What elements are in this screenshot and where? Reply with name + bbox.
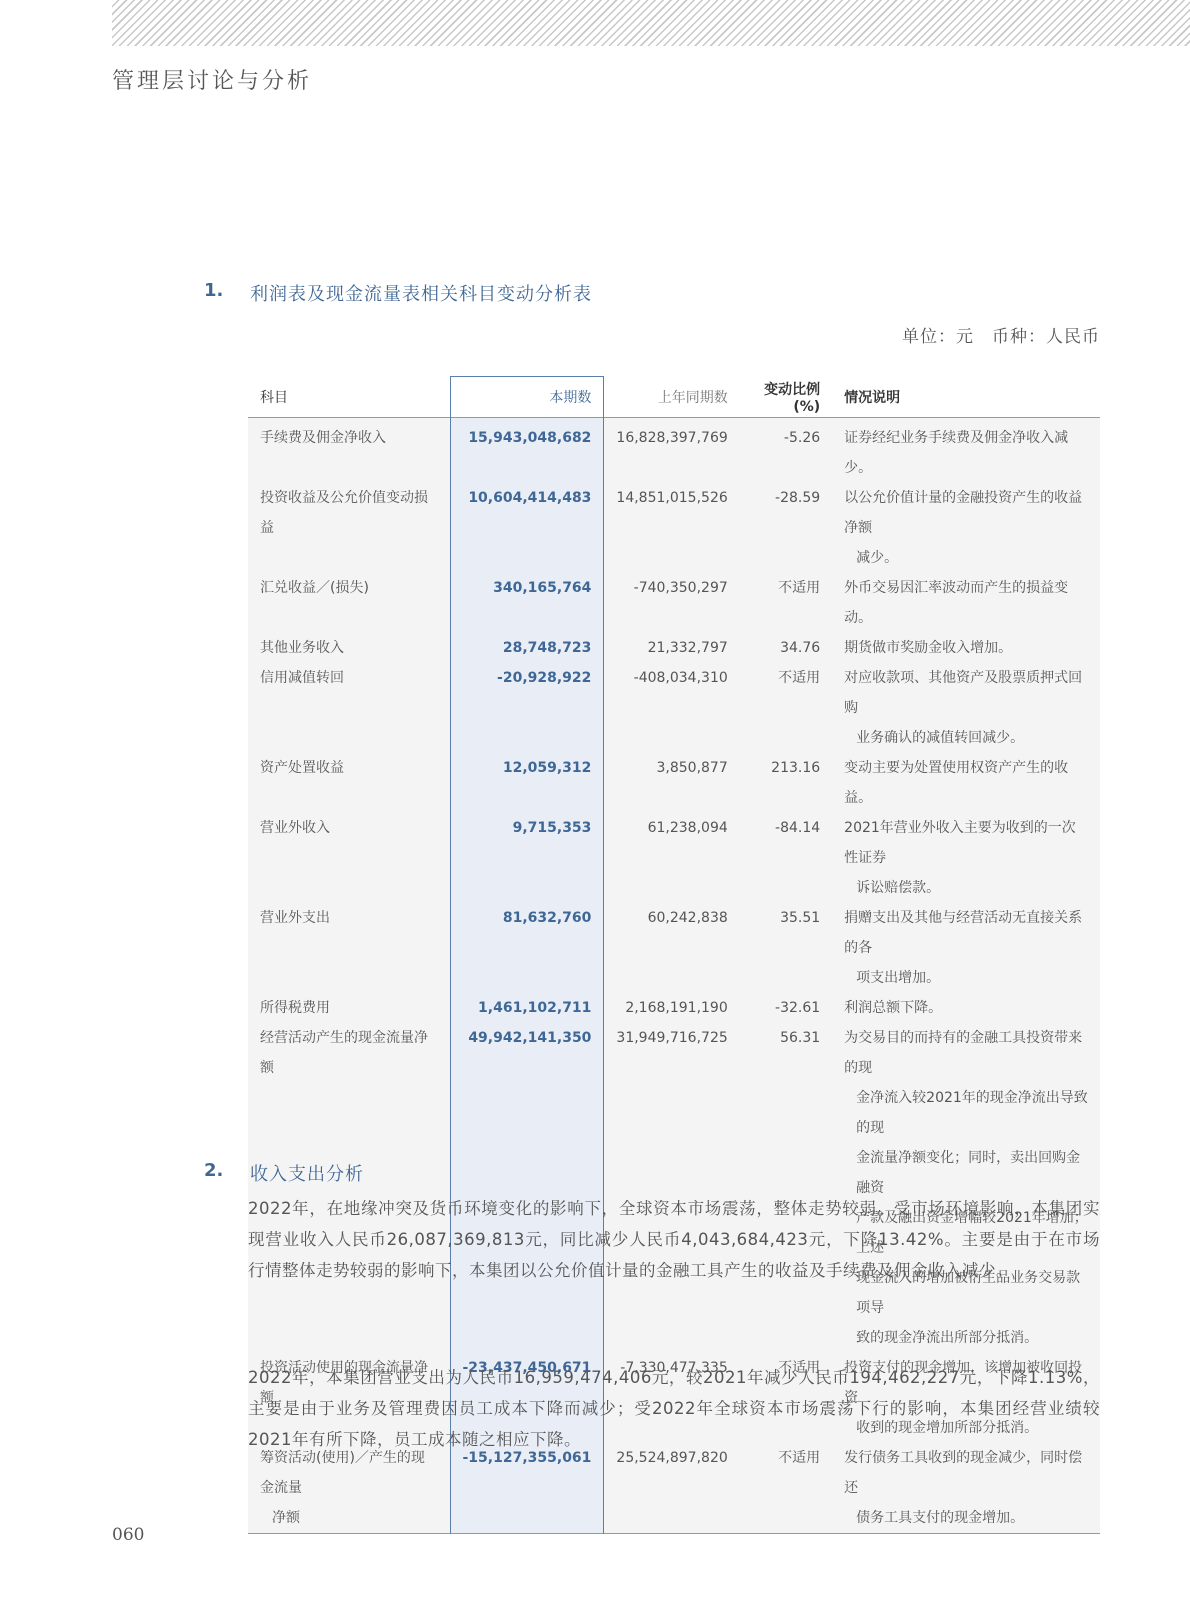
row-note: 证券经纪业务手续费及佣金净收入减少。: [832, 418, 1100, 484]
row-item: 筹资活动(使用)／产生的现金流量净额: [248, 1443, 450, 1534]
row-prior: 21,332,797: [604, 633, 740, 663]
row-current: 81,632,760: [450, 903, 604, 993]
table-row: 营业外支出81,632,76060,242,83835.51捐赠支出及其他与经营…: [248, 903, 1100, 993]
table-row: 投资收益及公允价值变动损益10,604,414,48314,851,015,52…: [248, 483, 1100, 573]
row-note: 变动主要为处置使用权资产产生的收益。: [832, 753, 1100, 813]
row-note-line: 以公允价值计量的金融投资产生的收益净额: [844, 483, 1088, 543]
row-prior: 3,850,877: [604, 753, 740, 813]
change-analysis-table: 科目 本期数 上年同期数 变动比例(%) 情况说明 手续费及佣金净收入15,94…: [248, 376, 1100, 1534]
row-change: 不适用: [740, 663, 832, 753]
row-note-line: 捐赠支出及其他与经营活动无直接关系的各: [844, 903, 1088, 963]
row-note-line: 利润总额下降。: [844, 993, 1088, 1023]
row-note: 发行债务工具收到的现金减少，同时偿还债务工具支付的现金增加。: [832, 1443, 1100, 1534]
section2-title: 收入支出分析: [250, 1160, 364, 1186]
paragraph-revenue: 2022年，在地缘冲突及货币环境变化的影响下，全球资本市场震荡，整体走势较弱。受…: [248, 1193, 1100, 1286]
table-row: 所得税费用1,461,102,7112,168,191,190-32.61利润总…: [248, 993, 1100, 1023]
col-prior: 上年同期数: [604, 377, 740, 418]
row-note-line: 为交易目的而持有的金融工具投资带来的现: [844, 1023, 1088, 1083]
header-hatch-band: [112, 0, 1190, 46]
row-current: -15,127,355,061: [450, 1443, 604, 1534]
table-row: 汇兑收益／(损失)340,165,764-740,350,297不适用外币交易因…: [248, 573, 1100, 633]
row-item: 其他业务收入: [248, 633, 450, 663]
row-note-line: 项支出增加。: [844, 963, 1088, 993]
row-prior: 61,238,094: [604, 813, 740, 903]
row-note-line: 变动主要为处置使用权资产产生的收益。: [844, 753, 1088, 813]
row-note: 2021年营业外收入主要为收到的一次性证券诉讼赔偿款。: [832, 813, 1100, 903]
row-current: 12,059,312: [450, 753, 604, 813]
row-note-line: 致的现金净流出所部分抵消。: [844, 1323, 1088, 1353]
table-row: 其他业务收入28,748,72321,332,79734.76期货做市奖励金收入…: [248, 633, 1100, 663]
col-change: 变动比例(%): [740, 377, 832, 418]
row-change: 34.76: [740, 633, 832, 663]
table-row: 筹资活动(使用)／产生的现金流量净额-15,127,355,06125,524,…: [248, 1443, 1100, 1534]
row-note-line: 对应收款项、其他资产及股票质押式回购: [844, 663, 1088, 723]
row-prior: -408,034,310: [604, 663, 740, 753]
table-row: 手续费及佣金净收入15,943,048,68216,828,397,769-5.…: [248, 418, 1100, 484]
row-change: -5.26: [740, 418, 832, 484]
row-note-line: 2021年营业外收入主要为收到的一次性证券: [844, 813, 1088, 873]
row-item: 信用减值转回: [248, 663, 450, 753]
row-item: 经营活动产生的现金流量净额: [248, 1023, 450, 1353]
col-note: 情况说明: [832, 377, 1100, 418]
row-change: 不适用: [740, 573, 832, 633]
row-note-line: 业务确认的减值转回减少。: [844, 723, 1088, 753]
row-item-text: 营业外收入: [260, 820, 330, 836]
col-current: 本期数: [450, 377, 604, 418]
row-note-line: 债务工具支付的现金增加。: [844, 1503, 1088, 1533]
section1-number: 1.: [204, 280, 223, 301]
row-note-line: 外币交易因汇率波动而产生的损益变动。: [844, 573, 1088, 633]
table-row: 营业外收入9,715,35361,238,094-84.142021年营业外收入…: [248, 813, 1100, 903]
row-note: 期货做市奖励金收入增加。: [832, 633, 1100, 663]
row-item: 所得税费用: [248, 993, 450, 1023]
row-prior: 25,524,897,820: [604, 1443, 740, 1534]
table-header-row: 科目 本期数 上年同期数 变动比例(%) 情况说明: [248, 377, 1100, 418]
row-item: 手续费及佣金净收入: [248, 418, 450, 484]
row-current: 10,604,414,483: [450, 483, 604, 573]
table-row: 信用减值转回-20,928,922-408,034,310不适用对应收款项、其他…: [248, 663, 1100, 753]
row-note: 利润总额下降。: [832, 993, 1100, 1023]
row-item: 营业外支出: [248, 903, 450, 993]
section2-number: 2.: [204, 1160, 223, 1181]
row-item-text: 其他业务收入: [260, 640, 344, 656]
unit-note: 单位：元 币种：人民币: [902, 322, 1100, 347]
row-item-text: 所得税费用: [260, 1000, 330, 1016]
row-prior: 60,242,838: [604, 903, 740, 993]
row-change: -84.14: [740, 813, 832, 903]
row-note-line: 诉讼赔偿款。: [844, 873, 1088, 903]
row-item-text: 汇兑收益／(损失): [260, 580, 369, 596]
table-row: 资产处置收益12,059,3123,850,877213.16变动主要为处置使用…: [248, 753, 1100, 813]
row-change: 35.51: [740, 903, 832, 993]
row-prior: 14,851,015,526: [604, 483, 740, 573]
row-current: 340,165,764: [450, 573, 604, 633]
row-prior: -740,350,297: [604, 573, 740, 633]
row-note: 外币交易因汇率波动而产生的损益变动。: [832, 573, 1100, 633]
row-note: 以公允价值计量的金融投资产生的收益净额减少。: [832, 483, 1100, 573]
row-current: 28,748,723: [450, 633, 604, 663]
row-item: 汇兑收益／(损失): [248, 573, 450, 633]
row-note: 为交易目的而持有的金融工具投资带来的现金净流入较2021年的现金净流出导致的现金…: [832, 1023, 1100, 1353]
paragraph-expense: 2022年，本集团营业支出为人民币16,959,474,406元，较2021年减…: [248, 1362, 1100, 1455]
page-number: 060: [112, 1525, 144, 1545]
row-current: 9,715,353: [450, 813, 604, 903]
row-prior: 31,949,716,725: [604, 1023, 740, 1353]
row-note-line: 证券经纪业务手续费及佣金净收入减少。: [844, 423, 1088, 483]
section1-title: 利润表及现金流量表相关科目变动分析表: [250, 280, 592, 306]
row-note-line: 金净流入较2021年的现金净流出导致的现: [844, 1083, 1088, 1143]
col-item: 科目: [248, 377, 450, 418]
row-current: 49,942,141,350: [450, 1023, 604, 1353]
row-change: 不适用: [740, 1443, 832, 1534]
row-item: 投资收益及公允价值变动损益: [248, 483, 450, 573]
row-change: 213.16: [740, 753, 832, 813]
row-note: 对应收款项、其他资产及股票质押式回购业务确认的减值转回减少。: [832, 663, 1100, 753]
row-item-text: 投资收益及公允价值变动损益: [260, 490, 428, 536]
row-item-text-cont: 净额: [260, 1503, 438, 1533]
row-change: 56.31: [740, 1023, 832, 1353]
row-prior: 16,828,397,769: [604, 418, 740, 484]
row-item: 资产处置收益: [248, 753, 450, 813]
row-current: -20,928,922: [450, 663, 604, 753]
row-current: 1,461,102,711: [450, 993, 604, 1023]
row-prior: 2,168,191,190: [604, 993, 740, 1023]
row-note-line: 期货做市奖励金收入增加。: [844, 633, 1088, 663]
row-item-text: 手续费及佣金净收入: [260, 430, 386, 446]
table-row: 经营活动产生的现金流量净额49,942,141,35031,949,716,72…: [248, 1023, 1100, 1353]
row-change: -28.59: [740, 483, 832, 573]
row-item-text: 营业外支出: [260, 910, 330, 926]
row-item: 营业外收入: [248, 813, 450, 903]
row-item-text: 经营活动产生的现金流量净额: [260, 1030, 428, 1076]
row-note: 捐赠支出及其他与经营活动无直接关系的各项支出增加。: [832, 903, 1100, 993]
row-item-text: 信用减值转回: [260, 670, 344, 686]
row-item-text: 筹资活动(使用)／产生的现金流量: [260, 1450, 425, 1496]
row-note-line: 减少。: [844, 543, 1088, 573]
row-change: -32.61: [740, 993, 832, 1023]
row-current: 15,943,048,682: [450, 418, 604, 484]
row-item-text: 资产处置收益: [260, 760, 344, 776]
section-title: 管理层讨论与分析: [112, 64, 312, 95]
